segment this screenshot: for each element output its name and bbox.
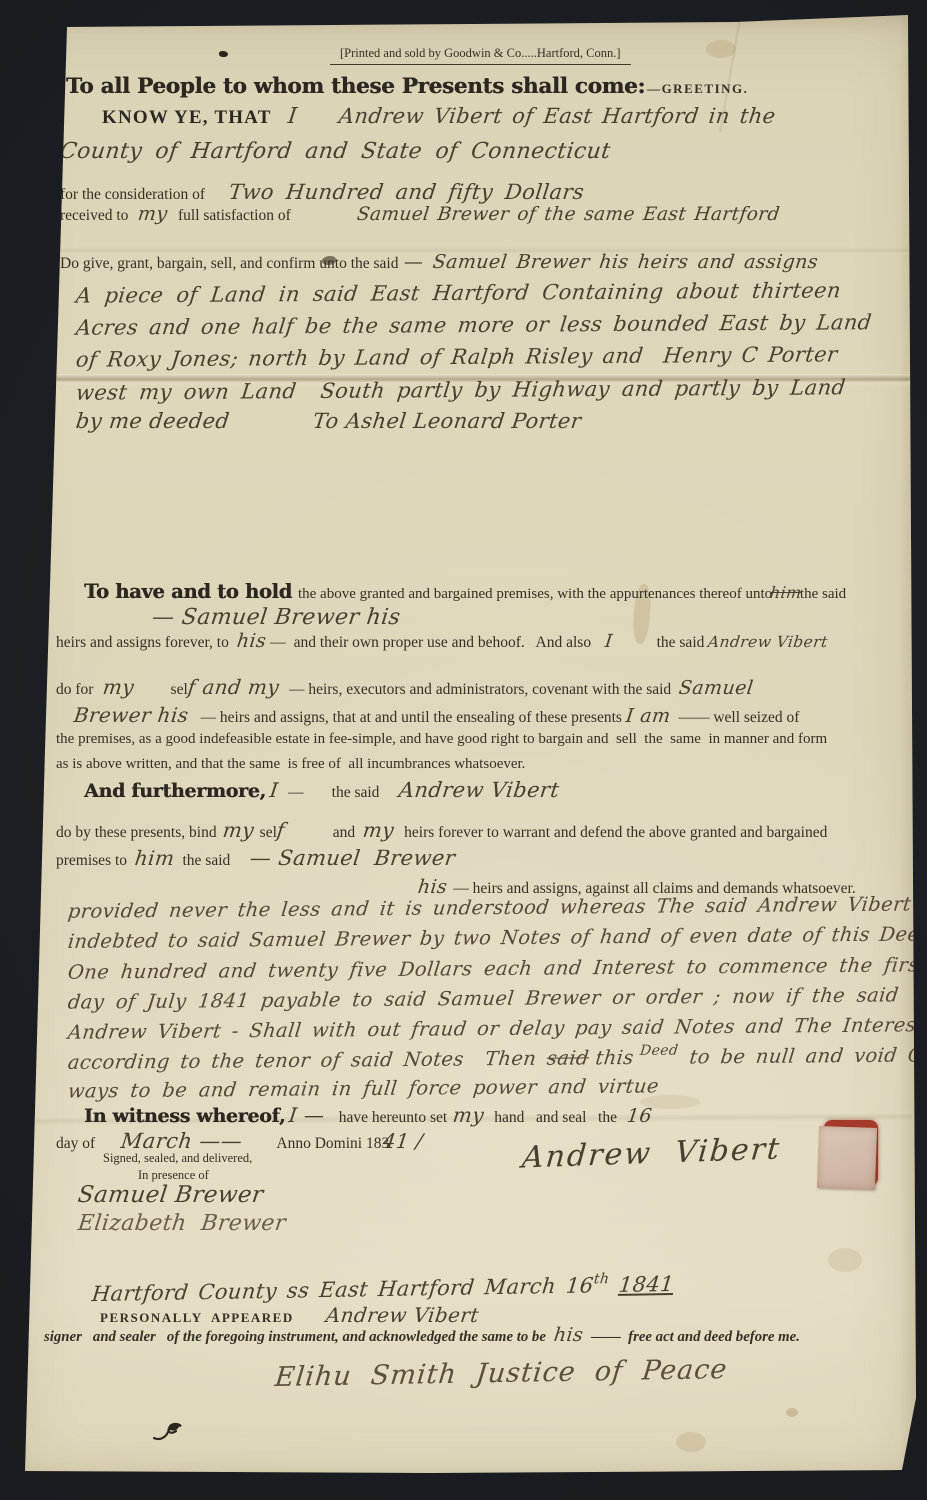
handwritten-text: I <box>286 104 298 129</box>
handwritten-text: my <box>137 203 169 225</box>
printed-text: the said <box>332 784 380 802</box>
handwritten-text: Andrew Vibert <box>521 1131 783 1175</box>
habendum-line: To have and to holdthe above granted and… <box>84 580 846 603</box>
handwritten-text: th <box>593 1271 610 1287</box>
printed-text: do by these presents, bind <box>56 824 217 842</box>
justice-signature: Elihu Smith Justice of Peace <box>275 1354 728 1393</box>
printed-text: full satisfaction of <box>178 207 291 225</box>
proviso-line: indebted to said Samuel Brewer by two No… <box>68 922 927 953</box>
blackletter-heading: In witness whereof, <box>84 1105 285 1127</box>
grantor-location-line: County of Hartford and State of Connecti… <box>60 139 611 164</box>
printed-text: premises to <box>56 852 127 870</box>
ink-flourish <box>152 1420 186 1442</box>
printed-text: In presence of <box>138 1168 209 1183</box>
testimonium-line: In witness whereof,I —have hereunto setm… <box>84 1103 652 1127</box>
photograph-background: [Printed and sold by Goodwin & Co.....Ha… <box>0 0 927 1500</box>
small-caps-text: —GREETING. <box>647 81 748 97</box>
covenant-line: do formyself and my— heirs, executors an… <box>56 675 754 699</box>
grantor-signature: Andrew Vibert <box>521 1131 781 1175</box>
handwritten-text: his <box>553 1324 585 1346</box>
foxing-stain <box>676 1432 706 1452</box>
printed-text: the said <box>800 586 846 603</box>
covenant-line: the premises, as a good indefeasible est… <box>56 731 827 748</box>
handwritten-text: 16 <box>626 1105 654 1127</box>
printed-text: heirs forever to warrant and defend the … <box>404 824 827 842</box>
handwritten-text: A piece of Land in said East Hartford Co… <box>75 278 843 307</box>
deed-paper: [Printed and sold by Goodwin & Co.....Ha… <box>0 0 927 1500</box>
handwritten-text: ways to be and remain in full force powe… <box>67 1074 661 1102</box>
handwritten-text: To Ashel Leonard Porter <box>312 409 583 433</box>
witness-signature: Elizabeth Brewer <box>78 1211 286 1236</box>
covenant-line: Brewer his— heirs and assigns, that at a… <box>74 703 799 727</box>
printed-italic-text: —— free act and deed before me. <box>591 1329 800 1346</box>
handwritten-text: my <box>452 1103 486 1127</box>
handwritten-text: Samuel Brewer <box>76 1182 265 1208</box>
foxing-stain <box>786 1408 798 1417</box>
grant-clause-line: Do give, grant, bargain, sell, and confi… <box>60 251 819 273</box>
printed-text: and their own proper use and behoof. And… <box>294 634 591 652</box>
handwritten-text: — Samuel Brewer his <box>150 605 401 630</box>
handwritten-text: provided never the less and it is unders… <box>67 892 927 923</box>
warranty-line: premises tohimthe said— Samuel Brewer <box>56 846 456 870</box>
wax-seal-paper-wafer <box>817 1126 877 1190</box>
printed-text: sel <box>260 824 277 842</box>
printed-text: the above granted and bargained premises… <box>298 586 772 603</box>
handwritten-text: of Roxy Jones; north by Land of Ralph Ri… <box>75 342 839 371</box>
handwritten-text: Hartford County ss East Hartford March 1… <box>91 1273 595 1306</box>
consideration-line: for the consideration ofTwo Hundred and … <box>60 180 584 204</box>
handwritten-text: f and my <box>186 675 280 699</box>
handwritten-text: Andrew Vibert - Shall with out fraud or … <box>67 1013 926 1043</box>
handwritten-text: One hundred and twenty five Dollars each… <box>67 953 927 984</box>
printed-text: do for <box>56 681 93 699</box>
attestation-line: Signed, sealed, and delivered, <box>103 1151 252 1166</box>
printed-text: Signed, sealed, and delivered, <box>103 1151 252 1166</box>
handwritten-text: indebted to said Samuel Brewer by two No… <box>67 922 927 953</box>
handwritten-text: — Samuel Brewer <box>249 846 457 870</box>
printed-italic-text: signer and sealer of the foregoing instr… <box>44 1329 546 1346</box>
handwritten-text: him <box>769 583 803 602</box>
proviso-line: provided never the less and it is unders… <box>68 892 927 923</box>
grantee-name-line: — Samuel Brewer his <box>152 605 400 630</box>
proviso-line: One hundred and twenty five Dollars each… <box>68 953 927 983</box>
handwritten-text: day of July 1841 payable to said Samuel … <box>67 983 900 1013</box>
rust-mark-left-edge <box>27 385 36 409</box>
date-line: day ofMarch ——Anno Domini 18341 / <box>56 1129 423 1153</box>
printed-text: sel <box>171 681 188 699</box>
proviso-line: Andrew Vibert - Shall with out fraud or … <box>68 1013 925 1043</box>
printed-text: the premises, as a good indefeasible est… <box>56 731 827 748</box>
handwritten-text: Elizabeth Brewer <box>76 1211 287 1236</box>
land-description-line: west my own Land South partly by Highway… <box>76 375 846 404</box>
handwritten-text: his <box>236 630 268 652</box>
printed-text: for the consideration of <box>60 186 205 204</box>
printed-text: Anno Domini 183 <box>276 1135 389 1153</box>
handwritten-text: County of Hartford and State of Connecti… <box>58 139 612 164</box>
printed-text: and <box>333 824 355 842</box>
handwritten-text: according to the tenor of said Notes The… <box>67 1047 549 1074</box>
witness-signature: Samuel Brewer <box>78 1182 263 1208</box>
know-ye-caps: KNOW YE, THAT <box>102 107 272 129</box>
covenant-line: as is above written, and that the same i… <box>56 756 525 773</box>
land-description-line: A piece of Land in said East Hartford Co… <box>76 278 841 307</box>
proviso-line: ways to be and remain in full force powe… <box>68 1074 659 1102</box>
printed-text: — heirs, executors and administrators, c… <box>289 681 671 699</box>
handwritten-text: to be null and void Other <box>677 1043 927 1069</box>
printed-text: heirs and assigns forever, to <box>56 634 229 652</box>
handwritten-text: Deed <box>639 1043 679 1059</box>
land-description-line: of Roxy Jones; north by Land of Ralph Ri… <box>76 342 838 371</box>
warranty-line: do by these presents, bindmyselfandmyhei… <box>56 818 827 842</box>
handwritten-text: Elihu Smith Justice of Peace <box>273 1354 729 1393</box>
printed-text: hand and seal the <box>494 1109 617 1127</box>
handwritten-text: Samuel <box>678 677 755 699</box>
satisfaction-line: received tomyfull satisfaction ofSamuel … <box>60 203 780 225</box>
printed-text: the said <box>182 852 230 870</box>
printed-text: as is above written, and that the same i… <box>56 756 525 773</box>
handwritten-text: my <box>362 818 396 842</box>
blackletter-heading: To have and to hold <box>84 580 292 603</box>
printed-text: received to <box>60 207 128 225</box>
ink-spot <box>219 51 228 57</box>
printed-text: — heirs and assigns, that at and until t… <box>201 709 622 727</box>
foxing-stain <box>828 1248 862 1272</box>
land-description-line: Acres and one half be the same more or l… <box>76 310 872 340</box>
printed-text: Do give, grant, bargain, sell, and confi… <box>60 255 398 273</box>
handwritten-text: Samuel Brewer of the same East Hartford <box>355 204 780 225</box>
handwritten-text: 1841 <box>618 1272 676 1297</box>
blackletter-heading: And furthermore, <box>84 780 266 802</box>
habendum-line: heirs and assigns forever, tohis—and the… <box>56 630 828 652</box>
handwritten-text: my <box>102 675 136 699</box>
publisher-imprint: [Printed and sold by Goodwin & Co.....Ha… <box>330 46 631 65</box>
handwritten-text: Brewer his <box>73 703 190 727</box>
foxing-stain <box>706 40 736 58</box>
attestation-line: In presence of <box>138 1168 209 1183</box>
printed-text: — <box>288 784 304 802</box>
handwritten-text: Andrew Vibert <box>398 778 561 802</box>
handwritten-text: 41 / <box>382 1129 425 1153</box>
ink-blot-left-edge <box>32 323 48 356</box>
acknowledgment-line: signer and sealer of the foregoing instr… <box>44 1324 800 1346</box>
handwritten-text: Andrew Vibert <box>707 633 829 651</box>
handwritten-text: I <box>268 778 279 802</box>
ink-blot-left-edge <box>40 360 47 372</box>
printed-text: [Printed and sold by Goodwin & Co.....Ha… <box>340 46 621 61</box>
handwritten-text: my <box>221 818 255 842</box>
handwritten-text: I am <box>625 705 672 727</box>
handwritten-text: I — <box>288 1103 326 1127</box>
proviso-line: according to the tenor of said Notes The… <box>68 1043 927 1074</box>
proviso-line: day of July 1841 payable to said Samuel … <box>68 983 899 1013</box>
printed-text: — <box>270 634 286 652</box>
handwritten-text: — Samuel Brewer his heirs and assigns <box>403 251 820 273</box>
handwritten-text: said <box>546 1046 591 1069</box>
handwritten-text: west my own Land South partly by Highway… <box>75 375 847 404</box>
handwritten-text: Andrew Vibert of East Hartford in the <box>337 104 777 128</box>
handwritten-text: Two Hundred and fifty Dollars <box>228 180 586 204</box>
handwritten-text: Acres and one half be the same more or l… <box>75 310 873 340</box>
printed-text: day of <box>56 1135 95 1153</box>
handwritten-text: his <box>417 876 449 898</box>
printed-text: —— well seized of <box>678 709 799 727</box>
printed-text: have hereunto set <box>339 1109 447 1127</box>
blackletter-heading: To all People to whom these Presents sha… <box>66 74 645 99</box>
handwritten-text: by me deeded <box>75 409 231 433</box>
handwritten-text: I <box>604 631 614 652</box>
land-description-line: by me deededTo Ashel Leonard Porter <box>76 409 582 433</box>
handwritten-text: March —— <box>120 1129 244 1153</box>
handwritten-text: him <box>134 846 176 870</box>
handwritten-text: f <box>275 818 286 842</box>
know-ye-line: KNOW YE, THATIAndrew Vibert of East Hart… <box>102 104 775 129</box>
furthermore-line: And furthermore,I—the saidAndrew Vibert <box>84 778 560 802</box>
printed-text: the said <box>657 634 705 652</box>
wax-seal <box>816 1120 884 1194</box>
handwritten-text: this <box>588 1046 642 1069</box>
salutation-line: To all People to whom these Presents sha… <box>66 74 748 99</box>
acknowledgment-venue-line: Hartford County ss East Hartford March 1… <box>92 1272 674 1306</box>
